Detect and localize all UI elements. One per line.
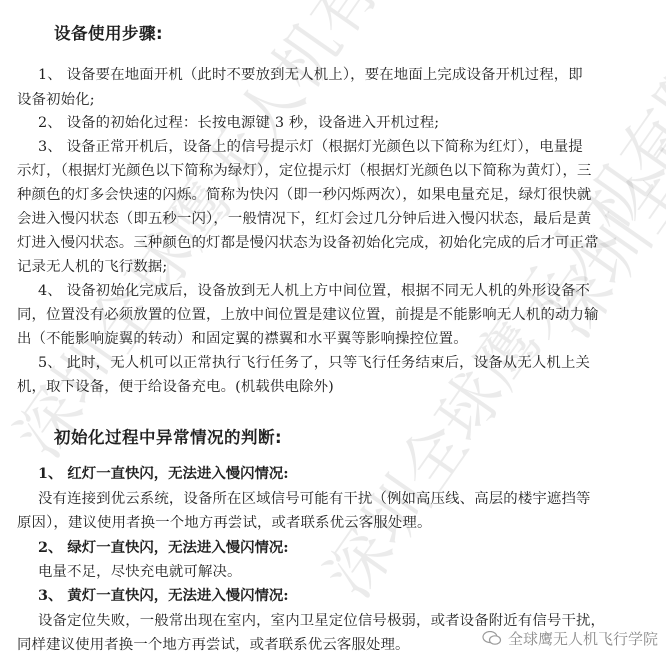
paragraph-line: 原因），建议使用者换一个地方再尝试，或者联系优云客服处理。 — [17, 511, 431, 532]
paragraph-line: 电量不足，尽快充电就可解决。 — [38, 560, 242, 581]
paragraph-line: 出（不能影响旋翼的转动）和固定翼的襟翼和水平翼等影响操控位置。 — [17, 327, 468, 348]
section-title-usage-steps: 设备使用步骤: — [54, 20, 163, 44]
paragraph-line: 同样建议使用者换一个地方再尝试，或者联系优云客服处理。 — [17, 633, 410, 654]
case-heading-red-light: 1、 红灯一直快闪，无法进入慢闪情况: — [38, 462, 289, 483]
paragraph-line: 机，取下设备，便于给设备充电。(机载供电除外) — [17, 375, 334, 396]
section-title-abnormal-cases: 初始化过程中异常情况的判断: — [54, 424, 282, 448]
paragraph-line: 记录无人机的飞行数据; — [17, 255, 167, 276]
paragraph-line: 设备初始化; — [17, 88, 95, 109]
paragraph-line: 4、 设备初始化完成后，设备放到无人机上方中间位置，根据不同无人机的外形设备不 — [38, 279, 590, 300]
wechat-account-logo: 全球鹰无人机飞行学院 — [482, 628, 658, 649]
paragraph-line: 同，位置没有必须放置的位置，上放中间位置是建议位置，前提是不能影响无人机的动力输 — [17, 303, 599, 324]
paragraph-line: 会进入慢闪状态（即五秒一闪），一般情况下，红灯会过几分钟后进入慢闪状态，最后是黄 — [17, 207, 591, 228]
wechat-account-name: 全球鹰无人机飞行学院 — [508, 630, 658, 648]
paragraph-line: 种颜色的灯多会快速的闪烁。简称为快闪（即一秒闪烁两次），如果电量充足，绿灯很快就 — [17, 183, 591, 204]
paragraph-line: 5、 此时，无人机可以正常执行飞行任务了，只等飞行任务结束后，设备从无人机上关 — [38, 351, 590, 372]
paragraph-line: 2、 设备的初始化过程：长按电源键 3 秒，设备进入开机过程; — [38, 111, 439, 132]
paragraph-line: 设备定位失败，一般常出现在室内，室内卫星定位信号极弱，或者设备附近有信号干扰， — [38, 609, 605, 630]
paragraph-line: 示灯，（根据灯光颜色以下简称为绿灯），定位提示灯（根据灯光颜色以下简称为黄灯），… — [17, 159, 592, 180]
case-heading-yellow-light: 3、 黄灯一直快闪，无法进入慢闪情况: — [38, 584, 289, 605]
paragraph-line: 1、 设备要在地面开机（此时不要放到无人机上），要在地面上完成设备开机过程，即 — [38, 63, 583, 84]
case-heading-green-light: 2、 绿灯一直快闪，无法进入慢闪情况: — [38, 536, 289, 557]
wechat-icon — [482, 631, 502, 645]
paragraph-line: 灯进入慢闪状态。三种颜色的灯都是慢闪状态为设备初始化完成，初始化完成的后才可正常 — [17, 231, 599, 252]
paragraph-line: 没有连接到优云系统，设备所在区域信号可能有干扰（例如高压线、高层的楼宇遮挡等 — [38, 487, 591, 508]
paragraph-line: 3、 设备正常开机后，设备上的信号提示灯（根据灯光颜色以下简称为红灯），电量提 — [38, 135, 583, 156]
document-page: 深圳全球鹰无人机有限公司 深圳全球鹰无人机有限公司 深圳全球鹰无人机有限公司 设… — [0, 0, 666, 664]
